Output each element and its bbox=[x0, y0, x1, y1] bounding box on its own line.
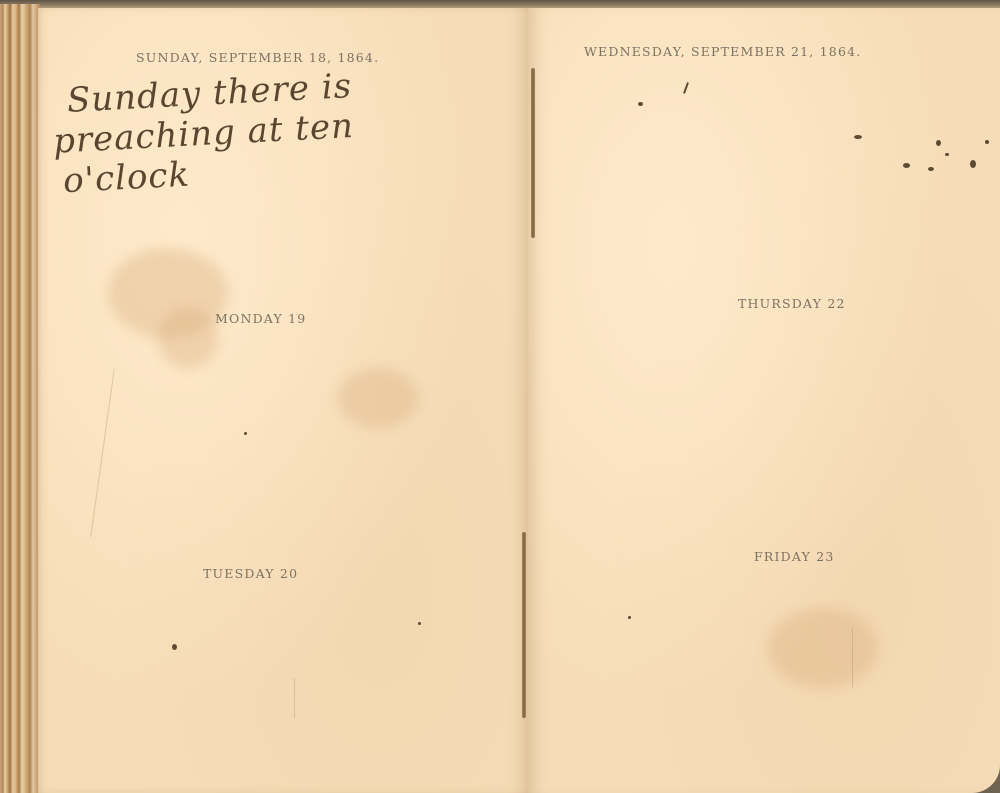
ink-dot bbox=[244, 432, 247, 435]
book-top-edge bbox=[0, 0, 1000, 8]
ink-dot bbox=[928, 167, 934, 171]
wednesday-header: WEDNESDAY, SEPTEMBER 21, 1864. bbox=[584, 44, 861, 59]
paper-scratch bbox=[294, 678, 295, 718]
paper-scratch bbox=[90, 369, 115, 537]
sunday-header: SUNDAY, SEPTEMBER 18, 1864. bbox=[136, 50, 379, 65]
paper-stain bbox=[158, 308, 218, 368]
binding-thread-bottom bbox=[522, 532, 526, 718]
right-page bbox=[528, 8, 1000, 793]
monday-label: MONDAY 19 bbox=[215, 311, 306, 326]
page-stack-edge bbox=[0, 4, 40, 793]
ink-dot bbox=[854, 135, 862, 139]
ink-dot bbox=[945, 153, 949, 156]
ink-dot bbox=[970, 160, 976, 168]
sunday-handwritten-entry: Sunday there is preaching at ten o'clock bbox=[46, 57, 522, 201]
thursday-label: THURSDAY 22 bbox=[738, 296, 846, 311]
diary-scan: SUNDAY, SEPTEMBER 18, 1864. WEDNESDAY, S… bbox=[0, 0, 1000, 793]
ink-dot bbox=[628, 616, 631, 619]
friday-label: FRIDAY 23 bbox=[754, 549, 835, 564]
paper-stain bbox=[338, 368, 418, 428]
binding-thread-top bbox=[531, 68, 535, 238]
ink-dot bbox=[172, 644, 177, 650]
ink-dot bbox=[903, 163, 910, 168]
paper-scratch bbox=[852, 628, 853, 688]
ink-dot bbox=[936, 140, 941, 146]
paper-stain bbox=[768, 608, 878, 688]
ink-dot bbox=[418, 622, 421, 625]
ink-dot bbox=[638, 102, 643, 106]
tuesday-label: TUESDAY 20 bbox=[203, 566, 298, 581]
ink-dot bbox=[985, 140, 989, 144]
